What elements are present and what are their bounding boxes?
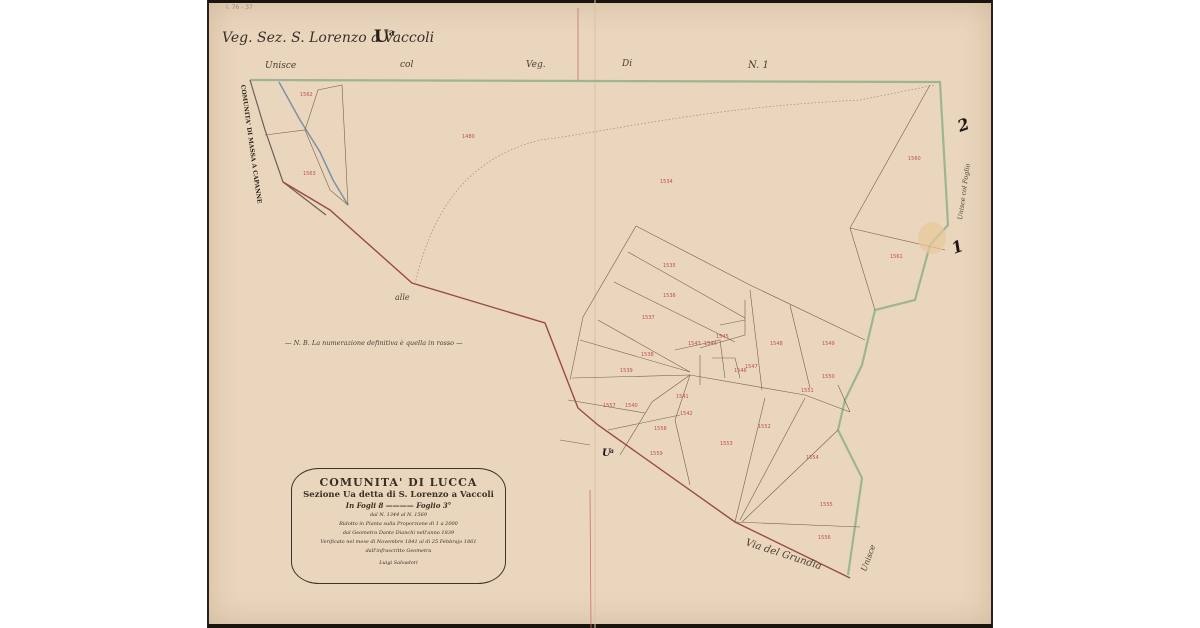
label-unisce-right: Unisce col Foglio [956,163,972,220]
cartouche: COMUNITA' DI LUCCA Sezione Ua detta di S… [291,468,506,584]
svg-text:1542: 1542 [680,411,693,417]
svg-text:1548: 1548 [770,341,783,347]
cartouche-scale: Ridotto in Pianta sulla Proporzione di 1… [292,521,505,528]
svg-text:1480: 1480 [462,134,475,140]
cartouche-sheets: In Fogli 8 ———— Foglio 3° [292,501,505,510]
svg-text:1541: 1541 [676,394,689,400]
label-veg: Veg. [526,60,546,70]
svg-text:a: a [610,448,614,455]
svg-text:1539: 1539 [620,368,633,374]
svg-text:1552: 1552 [758,424,771,430]
svg-text:1550: 1550 [822,374,835,380]
svg-text:1553: 1553 [720,441,733,447]
svg-text:1560: 1560 [908,156,921,162]
cartouche-community: COMUNITA' DI LUCCA [292,476,505,489]
label-n1: N. 1 [747,60,769,71]
svg-text:1534: 1534 [660,179,673,185]
section-badge: Ua [374,27,395,47]
cartouche-surveyor: dal Geometra Dante Dianchi nell'anno 183… [292,530,505,537]
building-mark [918,222,946,254]
adjacent-sheet-1: 1 [949,236,966,258]
svg-text:1540: 1540 [625,403,638,409]
parcel-lines [265,85,945,527]
meridian-line-bottom [590,490,591,628]
label-comunita-massa: COMUNITA' DI MASSA A CAPANNE [239,84,263,204]
svg-text:1551: 1551 [801,388,814,394]
svg-text:1538: 1538 [641,352,654,358]
svg-text:1543: 1543 [688,341,701,347]
inventory-mark: I. 76 - 37 [226,4,253,11]
label-di: Di [621,59,632,69]
cartouche-range: dal N. 1344 al N. 1569 [292,512,505,519]
svg-text:1559: 1559 [650,451,663,457]
footpath [415,85,935,284]
svg-text:1554: 1554 [806,455,819,461]
svg-text:1549: 1549 [822,341,835,347]
label-unisce-bottom: Unisce [859,543,877,572]
svg-text:1547: 1547 [745,364,758,370]
svg-text:1537: 1537 [642,315,655,321]
svg-text:1545: 1545 [716,334,729,340]
svg-text:1555: 1555 [820,502,833,508]
svg-text:1556: 1556 [818,535,831,541]
svg-text:1535: 1535 [663,263,676,269]
adjacent-sheet-2: 2 [954,114,972,136]
svg-text:1557: 1557 [603,403,616,409]
svg-text:1536: 1536 [663,293,676,299]
label-road: Via del Grundia [744,537,823,572]
svg-text:1544: 1544 [704,341,717,347]
label-alle: alle [395,293,410,302]
svg-text:1563: 1563 [303,171,316,177]
svg-text:1561: 1561 [890,254,903,260]
label-unisce-top: Unisce [265,61,296,71]
cartouche-signature: Luigi Salvadori [292,560,505,567]
cadastral-map: 1480 1534 1535 1536 1537 1538 1539 1540 … [0,0,1200,628]
numbering-note: — N. B. La numerazione definitiva è quel… [285,339,463,347]
svg-text:1558: 1558 [654,426,667,432]
cartouche-verified: Verificato nel mese di Novembre 1841 al … [292,539,505,546]
cartouche-section: Sezione Ua detta di S. Lorenzo a Vaccoli [292,490,505,500]
label-col: col [400,60,413,70]
cartouche-by: dall'infrascritto Geometra [292,548,505,555]
svg-text:1562: 1562 [300,92,313,98]
map-title: Veg. Sez. S. Lorenzo a Vaccoli [222,30,434,46]
